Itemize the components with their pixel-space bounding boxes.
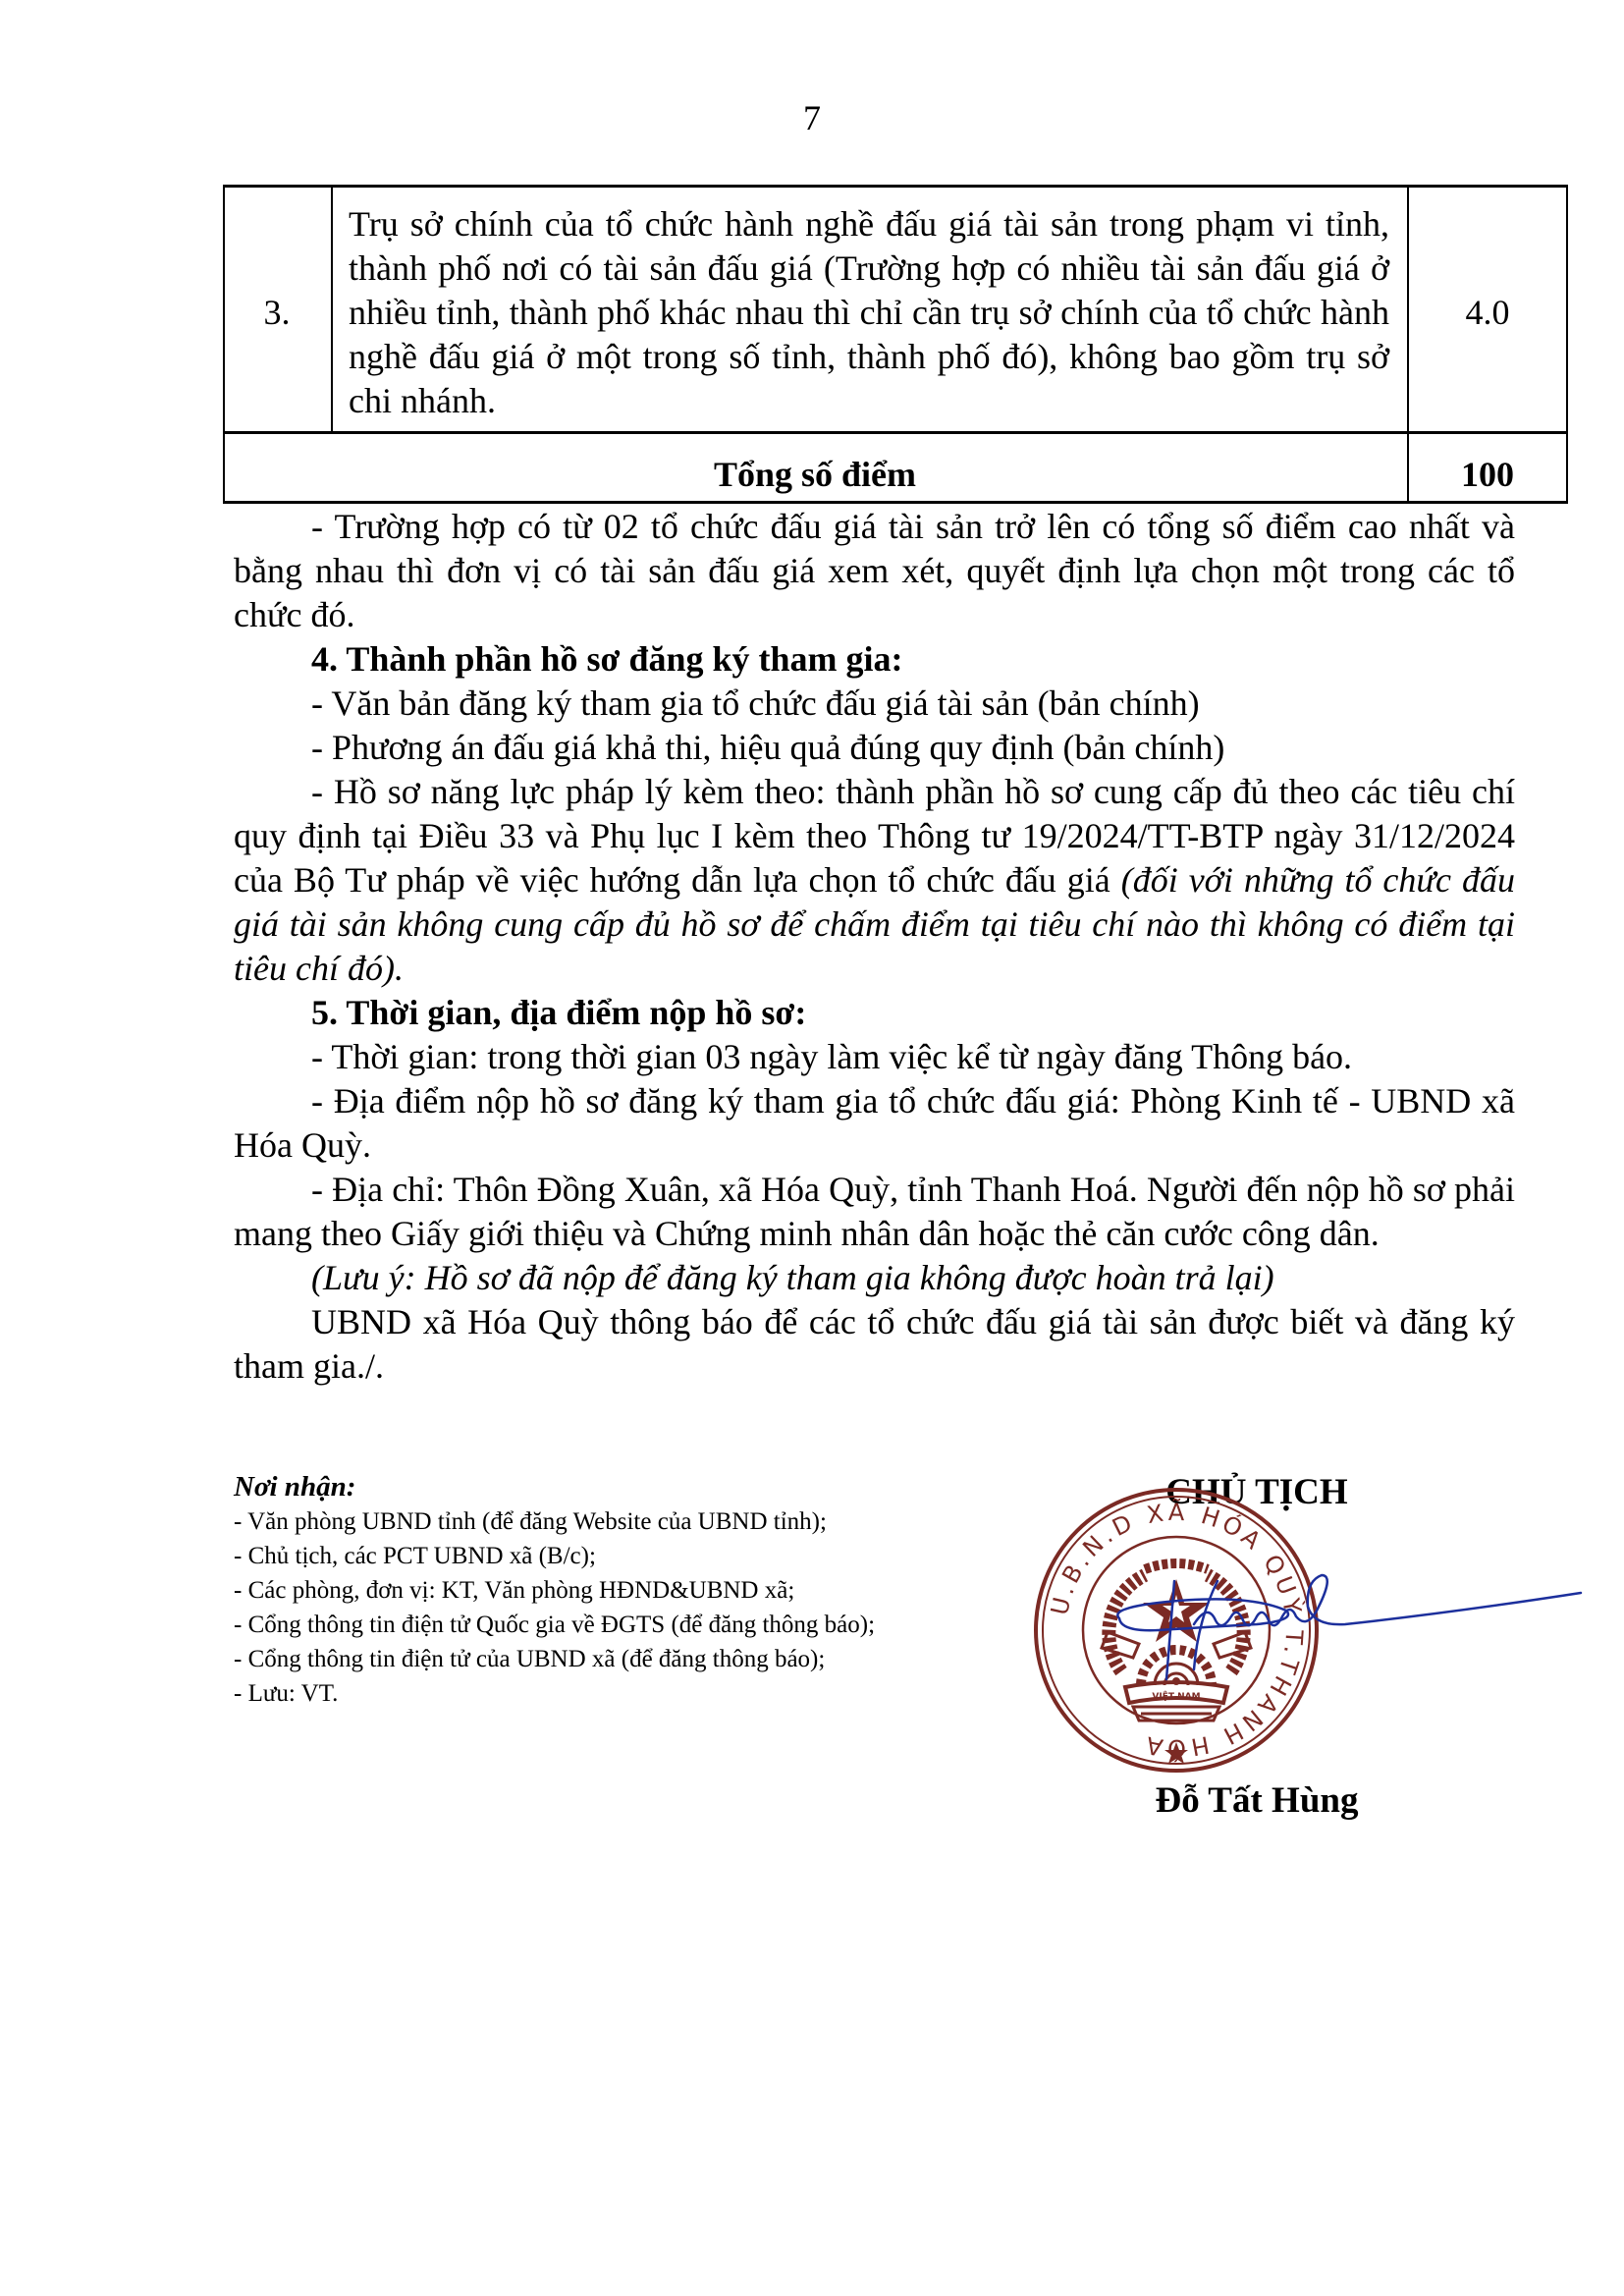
section-5-address: - Địa chỉ: Thôn Đồng Xuân, xã Hóa Quỳ, t… (234, 1168, 1515, 1256)
signer-name: Đỗ Tất Hùng (1060, 1779, 1453, 1823)
recipient-item: - Các phòng, đơn vị: KT, Văn phòng HĐND&… (234, 1573, 1019, 1608)
table-border-top (223, 185, 1568, 188)
table-col-divider-1 (331, 185, 333, 432)
recipient-item: - Lưu: VT. (234, 1676, 1019, 1711)
handwritten-signature-icon (1100, 1552, 1591, 1689)
table-row-score: 4.0 (1407, 185, 1568, 432)
tie-note: - Trường hợp có từ 02 tổ chức đấu giá tà… (234, 505, 1515, 637)
section-5-note: (Lưu ý: Hồ sơ đã nộp để đăng ký tham gia… (234, 1256, 1515, 1300)
section-5-time: - Thời gian: trong thời gian 03 ngày làm… (234, 1035, 1515, 1079)
recipients-title: Nơi nhận: (234, 1469, 1019, 1504)
section-4-item: - Văn bản đăng ký tham gia tổ chức đấu g… (234, 682, 1515, 726)
recipient-item: - Cổng thông tin điện tử của UBND xã (để… (234, 1642, 1019, 1676)
table-row-index: 3. (223, 185, 331, 432)
table-row-criterion: Trụ sở chính của tổ chức hành nghề đấu g… (349, 202, 1389, 423)
section-4-legal-item: - Hồ sơ năng lực pháp lý kèm theo: thành… (234, 770, 1515, 991)
criteria-table: 3. Trụ sở chính của tổ chức hành nghề đấ… (223, 185, 1568, 503)
table-total-value: 100 (1407, 432, 1568, 503)
recipient-item: - Chủ tịch, các PCT UBND xã (B/c); (234, 1539, 1019, 1573)
closing-statement: UBND xã Hóa Quỳ thông báo để các tổ chức… (234, 1300, 1515, 1389)
document-body: - Trường hợp có từ 02 tổ chức đấu giá tà… (234, 505, 1515, 1389)
section-5-place: - Địa điểm nộp hồ sơ đăng ký tham gia tổ… (234, 1079, 1515, 1168)
section-5-heading: 5. Thời gian, địa điểm nộp hồ sơ: (234, 991, 1515, 1035)
section-4-heading: 4. Thành phần hồ sơ đăng ký tham gia: (234, 637, 1515, 682)
recipients-block: Nơi nhận: - Văn phòng UBND tỉnh (để đăng… (234, 1469, 1019, 1711)
page-number: 7 (0, 98, 1624, 137)
recipient-item: - Văn phòng UBND tỉnh (để đăng Website c… (234, 1504, 1019, 1539)
table-total-label: Tổng số điểm (223, 432, 1407, 503)
recipient-item: - Cổng thông tin điện tử Quốc gia về ĐGT… (234, 1608, 1019, 1642)
section-4-item: - Phương án đấu giá khả thi, hiệu quả đú… (234, 726, 1515, 770)
svg-text:VIỆT NAM: VIỆT NAM (1152, 1691, 1200, 1702)
